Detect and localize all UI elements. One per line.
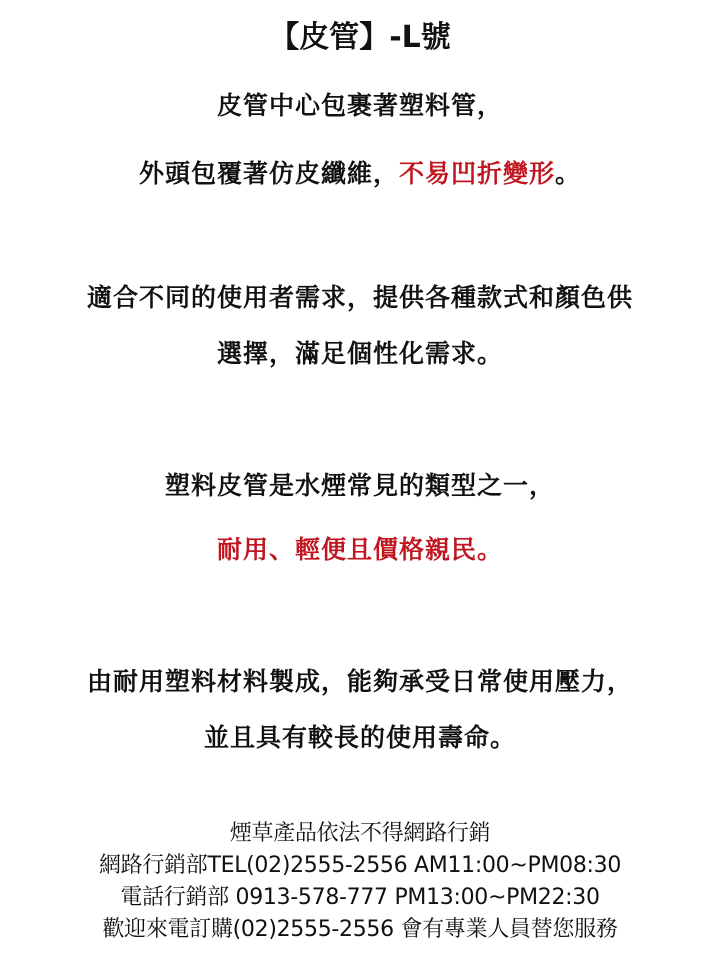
text-segment: 選擇，滿足個性化需求。 [217,339,503,368]
order-contact: 歡迎來電訂購(02)2555-2556 會有專業人員替您服務 [0,914,720,945]
text-line: 耐用、輕便且價格親民。 [0,530,720,570]
phone-sales-contact: 電話行銷部 0913-578-777 PM13:00~PM22:30 [0,882,720,913]
product-title: 【皮管】-L號 [0,16,720,60]
text-segment: 。 [555,159,581,188]
text-line: 由耐用塑料材料製成，能夠承受日常使用壓力， [0,662,720,702]
legal-notice: 煙草產品依法不得網路行銷 [0,818,720,849]
text-segment: 塑料皮管是水煙常見的類型之一， [165,471,555,500]
text-line: 塑料皮管是水煙常見的類型之一， [0,466,720,506]
text-line: 皮管中心包裹著塑料管， [0,86,720,126]
text-line: 選擇，滿足個性化需求。 [0,334,720,374]
text-segment: 皮管中心包裹著塑料管， [217,91,503,120]
online-sales-contact: 網路行銷部TEL(02)2555-2556 AM11:00~PM08:30 [0,850,720,881]
text-line: 適合不同的使用者需求，提供各種款式和顏色供 [0,278,720,318]
text-segment: 適合不同的使用者需求，提供各種款式和顏色供 [87,283,633,312]
text-line: 並且具有較長的使用壽命。 [0,718,720,758]
highlight-text: 耐用、輕便且價格親民 [217,535,477,564]
text-segment: 並且具有較長的使用壽命。 [204,723,516,752]
text-line: 外頭包覆著仿皮纖維，不易凹折變形。 [0,154,720,194]
text-segment: 。 [477,535,503,564]
highlight-text: 不易凹折變形 [399,159,555,188]
text-segment: 外頭包覆著仿皮纖維， [139,159,399,188]
text-segment: 由耐用塑料材料製成，能夠承受日常使用壓力， [87,667,633,696]
